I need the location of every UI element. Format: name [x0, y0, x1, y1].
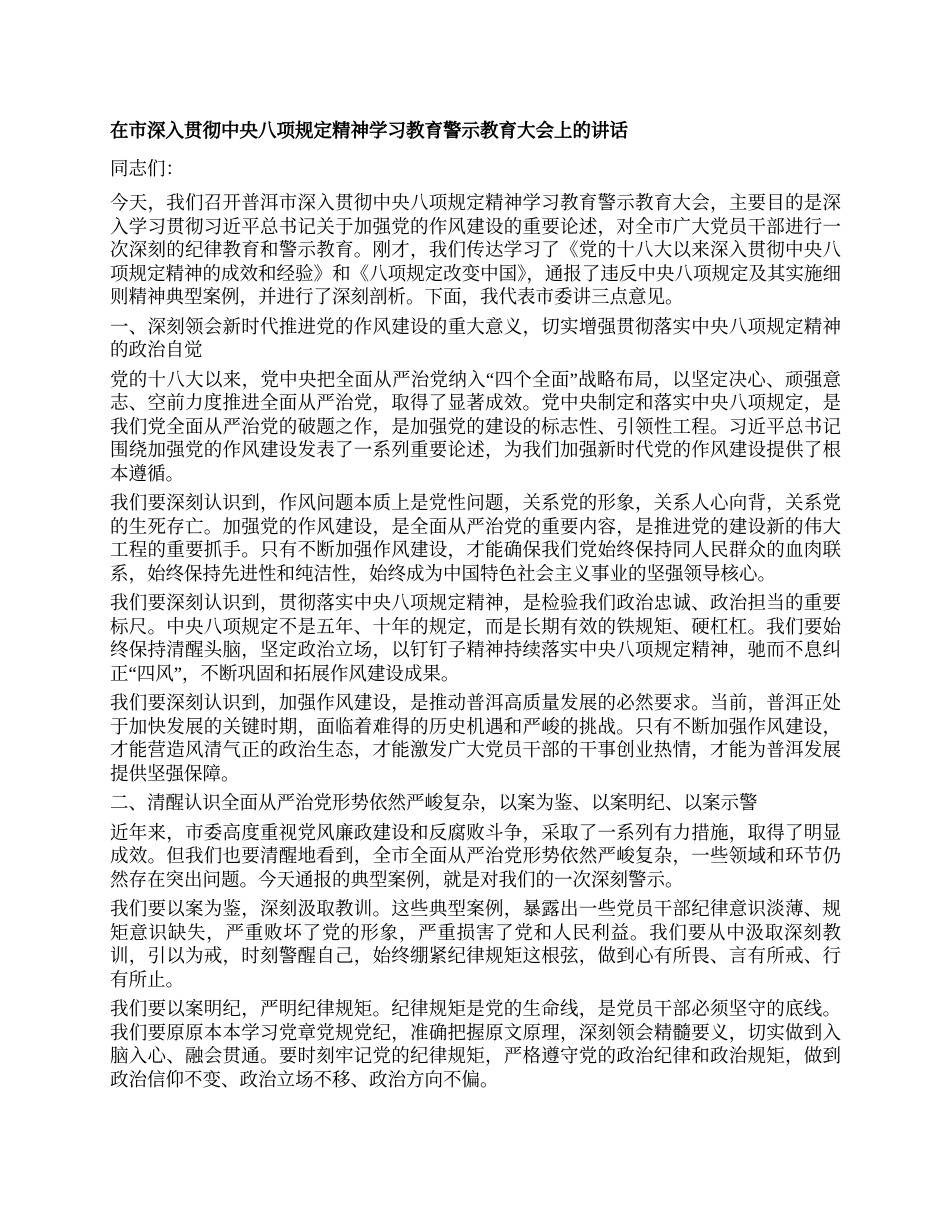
- document-content: 在市深入贯彻中央八项规定精神学习教育警示教育大会上的讲话 同志们： 今天，我们召…: [110, 121, 841, 1093]
- paragraph-section2-3: 我们要以案明纪，严明纪律规矩。纪律规矩是党的生命线，是党员干部必须坚守的底线。我…: [110, 999, 841, 1093]
- paragraph-section1-3: 我们要深刻认识到，贯彻落实中央八项规定精神，是检验我们政治忠诚、政治担当的重要标…: [110, 593, 841, 687]
- salutation: 同志们：: [110, 159, 841, 183]
- document-page: 在市深入贯彻中央八项规定精神学习教育警示教育大会上的讲话 同志们： 今天，我们召…: [0, 0, 950, 1230]
- paragraph-section1-4: 我们要深刻认识到，加强作风建设，是推动普洱高质量发展的必然要求。当前，普洱正处于…: [110, 693, 841, 787]
- paragraph-intro: 今天，我们召开普洱市深入贯彻中央八项规定精神学习教育警示教育大会，主要目的是深入…: [110, 193, 841, 311]
- paragraph-section2-2: 我们要以案为鉴，深刻汲取教训。这些典型案例，暴露出一些党员干部纪律意识淡薄、规矩…: [110, 899, 841, 993]
- section-heading-1: 一、深刻领会新时代推进党的作风建设的重大意义，切实增强贯彻落实中央八项规定精神的…: [110, 317, 841, 364]
- paragraph-section2-1: 近年来，市委高度重视党风廉政建设和反腐败斗争，采取了一系列有力措施，取得了明显成…: [110, 823, 841, 894]
- paragraph-section1-1: 党的十八大以来，党中央把全面从严治党纳入“四个全面”战略布局，以坚定决心、顽强意…: [110, 370, 841, 488]
- paragraph-section1-2: 我们要深刻认识到，作风问题本质上是党性问题，关系党的形象，关系人心向背，关系党的…: [110, 493, 841, 587]
- section-heading-2: 二、清醒认识全面从严治党形势依然严峻复杂，以案为鉴、以案明纪、以案示警: [110, 793, 841, 817]
- document-title: 在市深入贯彻中央八项规定精神学习教育警示教育大会上的讲话: [110, 121, 841, 145]
